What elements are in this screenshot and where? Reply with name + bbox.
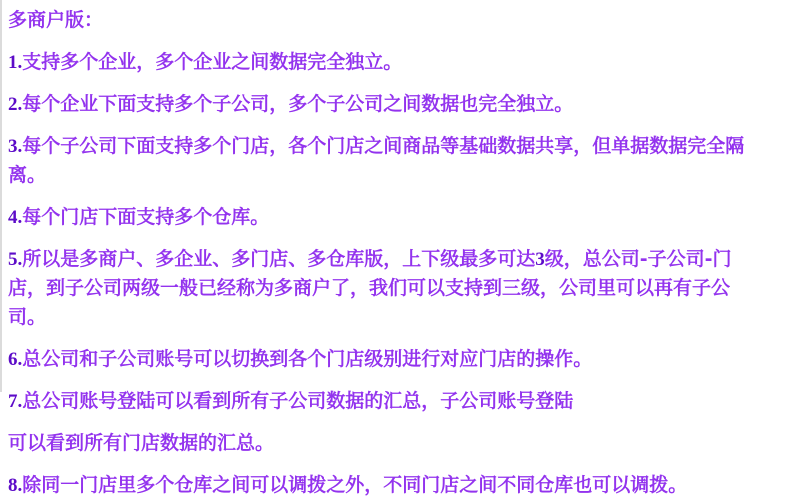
item-inline-bold: 3 (535, 249, 545, 270)
item-text: 除同一门店里多个仓库之间可以调拨之外，不同门店之间不同仓库也可以调拨。 (22, 474, 687, 496)
item-text: 所以是多商户、多企业、多门店、多仓库版，上下级最多可达 (22, 248, 535, 270)
page-title-text: 多商户版： (8, 9, 103, 31)
item-number: 6. (8, 349, 22, 370)
item-text: 每个子公司下面支持多个门店，各个门店之间商品等基础数据共享，但单据数据完全隔离。 (8, 135, 744, 186)
list-item-3: 3.每个子公司下面支持多个门店，各个门店之间商品等基础数据共享，但单据数据完全隔… (8, 132, 760, 190)
item-text: 每个企业下面支持多个子公司，多个子公司之间数据也完全独立。 (22, 93, 573, 115)
list-item-6: 6.总公司和子公司账号可以切换到各个门店级别进行对应门店的操作。 (8, 345, 760, 374)
item-text: 支持多个企业，多个企业之间数据完全独立。 (22, 51, 402, 73)
document-body: 多商户版： 1.支持多个企业，多个企业之间数据完全独立。 2.每个企业下面支持多… (0, 0, 785, 500)
page-title: 多商户版： (8, 6, 760, 35)
item-number: 7. (8, 391, 22, 412)
list-item-4: 4.每个门店下面支持多个仓库。 (8, 203, 760, 232)
item-number: 5. (8, 249, 22, 270)
page-edge-line (0, 0, 2, 392)
list-item-8: 8.除同一门店里多个仓库之间可以调拨之外，不同门店之间不同仓库也可以调拨。 (8, 471, 760, 500)
item-text: 总公司账号登陆可以看到所有子公司数据的汇总，子公司账号登陆 (22, 390, 573, 412)
item-number: 1. (8, 52, 22, 73)
list-item-5: 5.所以是多商户、多企业、多门店、多仓库版，上下级最多可达3级，总公司-子公司-… (8, 245, 760, 332)
item-text: 总公司和子公司账号可以切换到各个门店级别进行对应门店的操作。 (22, 348, 592, 370)
item-number: 3. (8, 136, 22, 157)
item-number: 4. (8, 207, 22, 228)
list-item-2: 2.每个企业下面支持多个子公司，多个子公司之间数据也完全独立。 (8, 90, 760, 119)
item-number: 2. (8, 94, 22, 115)
item-text: 每个门店下面支持多个仓库。 (22, 206, 269, 228)
item-text: 可以看到所有门店数据的汇总。 (8, 432, 274, 454)
list-item-7-continued: 可以看到所有门店数据的汇总。 (8, 429, 760, 458)
list-item-7: 7.总公司账号登陆可以看到所有子公司数据的汇总，子公司账号登陆 (8, 387, 760, 416)
list-item-1: 1.支持多个企业，多个企业之间数据完全独立。 (8, 48, 760, 77)
item-number: 8. (8, 475, 22, 496)
